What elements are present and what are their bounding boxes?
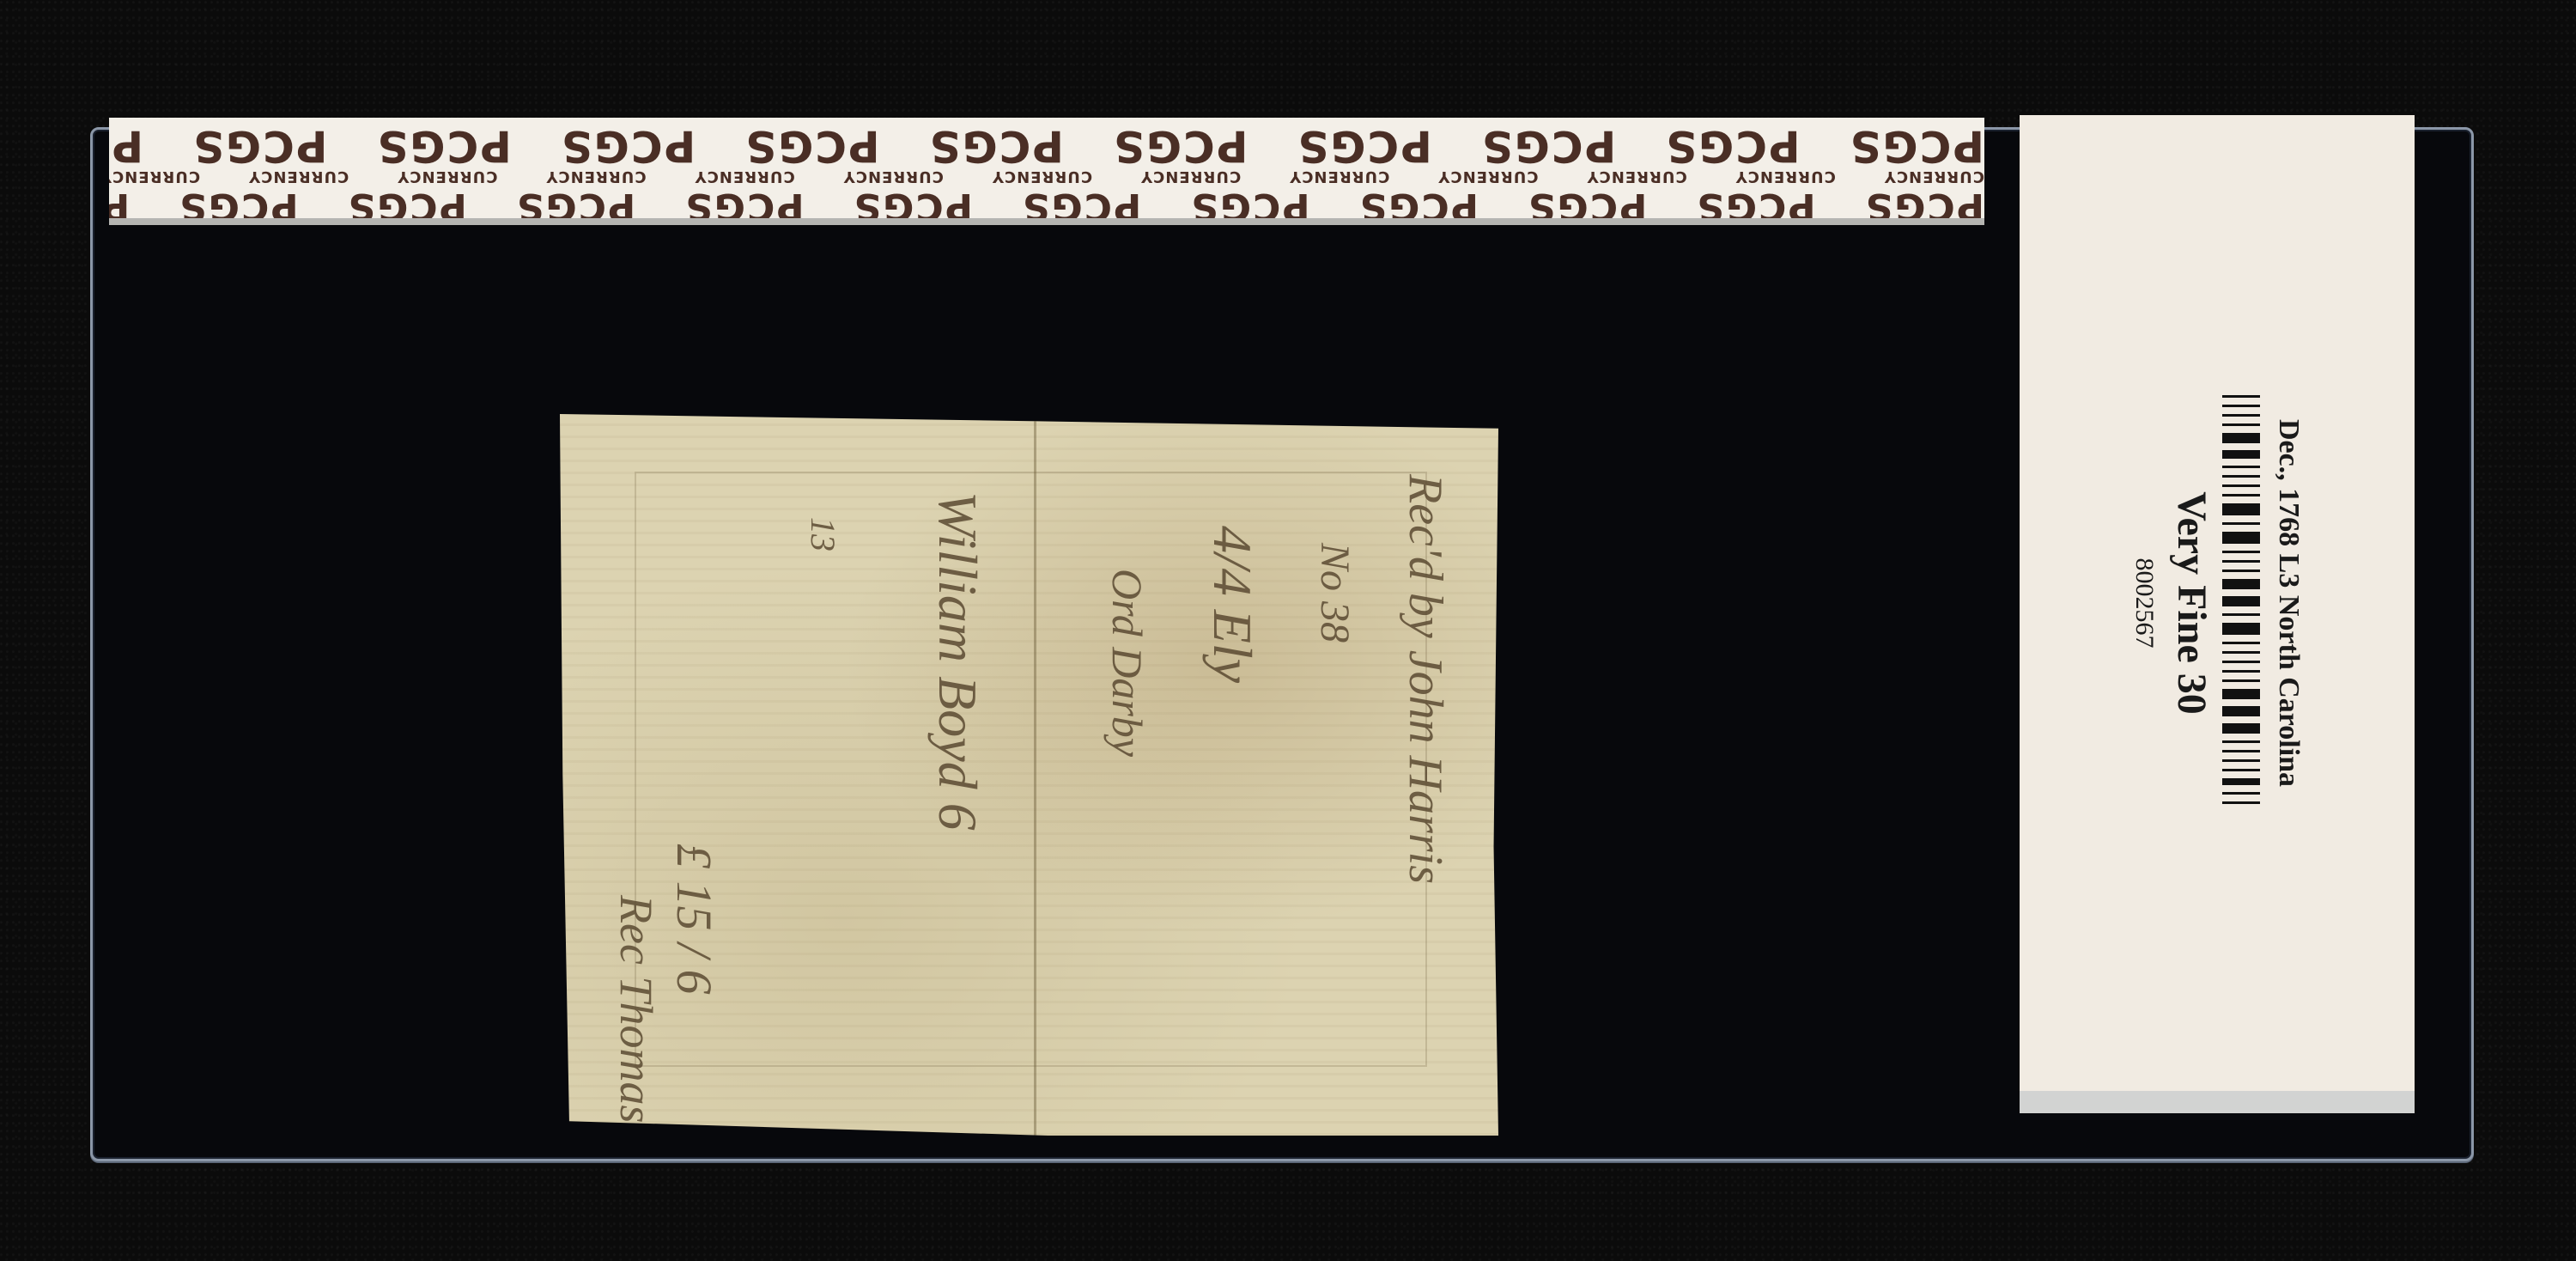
pcgs-logo: PCGS — [109, 121, 143, 171]
pcgs-logo: PCGS — [375, 121, 511, 171]
pcgs-logo: CURRENCY — [545, 168, 646, 186]
center-fold — [1034, 414, 1036, 1136]
grade: Very Fine 30 — [2171, 174, 2212, 1033]
pcgs-logo: CURRENCY — [843, 168, 944, 186]
banknote-back: Rec'd by John Harris No 38 4/4 Ely Ord D… — [560, 414, 1498, 1136]
pcgs-logo: PCGS — [853, 185, 973, 225]
handwriting: £ 15 / 6 — [665, 844, 723, 995]
handwriting: 13 — [803, 517, 843, 551]
handwriting: No 38 — [1311, 543, 1358, 643]
handwriting: 4/4 Ely — [1200, 526, 1264, 683]
pcgs-logo: PCGS — [191, 121, 327, 171]
pcgs-logo: PCGS — [178, 185, 298, 225]
pcgs-logo: PCGS — [1480, 121, 1616, 171]
pcgs-logo: PCGS — [1358, 185, 1479, 225]
grading-label: Dec., 1768 L3 North Carolina Very Fine 3… — [2020, 115, 2415, 1113]
pcgs-logo: PCGS — [928, 121, 1064, 171]
pcgs-logo-row: PCGSPCGSPCGSPCGSPCGSPCGSPCGSPCGSPCGSPCGS… — [109, 185, 1984, 225]
pcgs-logo: PCGS — [1189, 185, 1309, 225]
pcgs-logo: PCGS — [1849, 121, 1984, 171]
pcgs-logo: CURRENCY — [1437, 168, 1538, 186]
faded-print-border — [635, 472, 1426, 1067]
pcgs-logo: PCGS — [744, 121, 879, 171]
pcgs-logo: CURRENCY — [109, 168, 200, 186]
handwriting: Rec'd by John Harris — [1398, 474, 1453, 884]
note-description: Dec., 1768 L3 North Carolina — [2272, 174, 2305, 1033]
label-content: Dec., 1768 L3 North Carolina Very Fine 3… — [2129, 174, 2305, 1033]
pcgs-logo: PCGS — [109, 185, 130, 225]
pcgs-logo: PCGS — [1695, 185, 1815, 225]
handwriting: Ord Darby — [1103, 569, 1152, 757]
pcgs-logo: PCGS — [1112, 121, 1248, 171]
pcgs-logo: PCGS — [1527, 185, 1647, 225]
pcgs-logo: PCGS — [1664, 121, 1800, 171]
pcgs-logo: CURRENCY — [1587, 168, 1687, 186]
pcgs-logo: PCGS — [683, 185, 804, 225]
currency-text-row: CURRENCYCURRENCYCURRENCYCURRENCYCURRENCY… — [109, 168, 1984, 186]
cert-number: 8002567 — [2129, 174, 2159, 1033]
barcode-icon — [2222, 174, 2260, 1033]
pcgs-logo: CURRENCY — [1735, 168, 1836, 186]
pcgs-currency-strip: PCGSPCGSPCGSPCGSPCGSPCGSPCGSPCGSPCGSPCGS… — [109, 118, 1984, 225]
pcgs-logo: CURRENCY — [1884, 168, 1984, 186]
pcgs-logo: CURRENCY — [248, 168, 349, 186]
pcgs-logo: CURRENCY — [695, 168, 795, 186]
pcgs-logo: PCGS — [1296, 121, 1431, 171]
pcgs-logo: PCGS — [560, 121, 696, 171]
pcgs-logo: PCGS — [1021, 185, 1141, 225]
pcgs-logo-row: PCGSPCGSPCGSPCGSPCGSPCGSPCGSPCGSPCGSPCGS… — [109, 121, 1984, 171]
pcgs-logo: PCGS — [1864, 185, 1984, 225]
handwriting: Rec Thomas — [610, 895, 663, 1123]
pcgs-logo: PCGS — [347, 185, 467, 225]
pcgs-logo: CURRENCY — [397, 168, 497, 186]
handwriting: William Boyd 6 — [926, 491, 989, 831]
pcgs-logo: CURRENCY — [1140, 168, 1241, 186]
pcgs-logo: CURRENCY — [1289, 168, 1389, 186]
pcgs-logo: CURRENCY — [992, 168, 1092, 186]
pcgs-logo: PCGS — [515, 185, 635, 225]
